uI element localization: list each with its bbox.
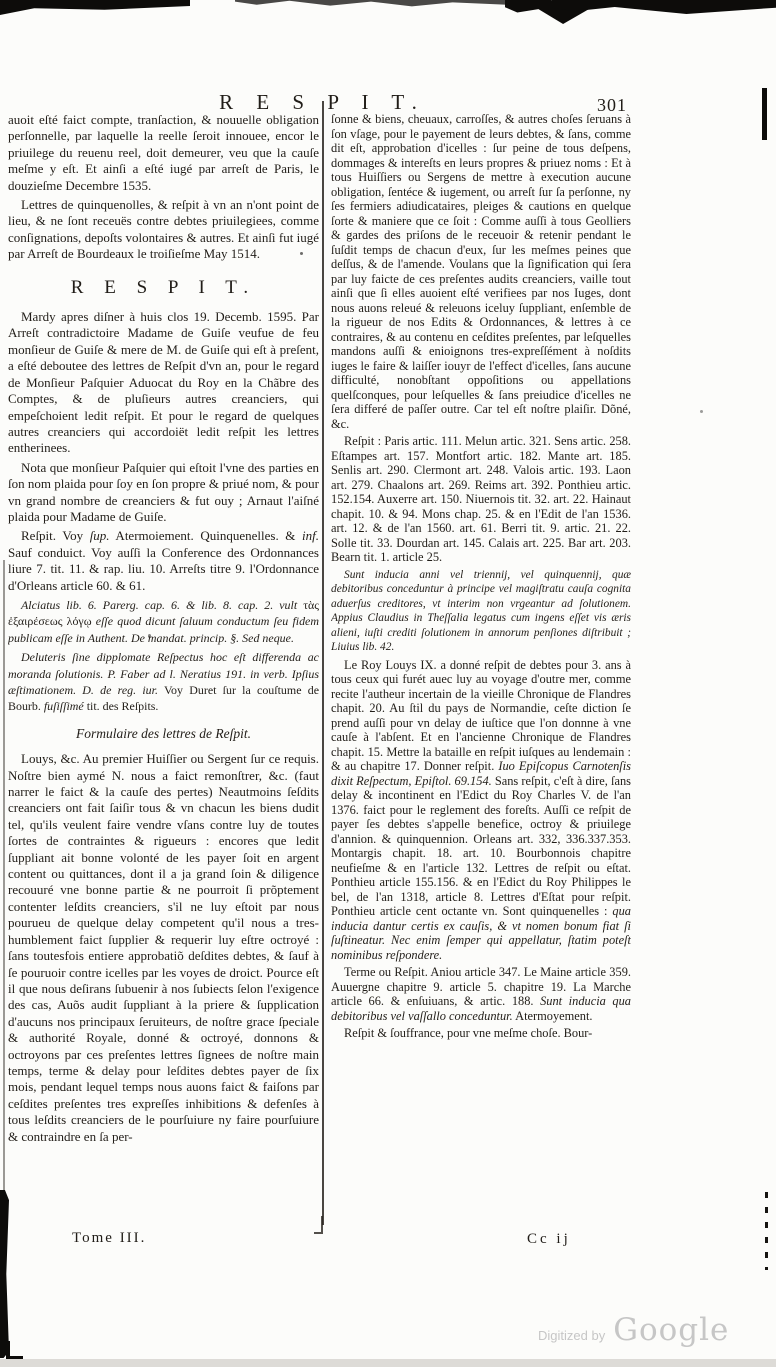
text-segment: Nota que monſieur Paſquier qui eſtoit l'…: [8, 460, 319, 524]
section-heading: R E S P I T.: [8, 280, 319, 296]
volume-signature: Tome III.: [72, 1230, 146, 1247]
text-segment: Reſpit & ſouffrance, pour vne meſme choſ…: [344, 1026, 592, 1040]
paragraph: Deluteris ſine dipplomate Reſpectus hoc …: [8, 649, 319, 715]
text-segment: inf.: [302, 528, 319, 543]
text-segment: Atermoyement.: [513, 1009, 593, 1023]
paragraph: Lettres de quinquenolles, & reſpit à vn …: [8, 197, 319, 263]
scan-artifact-left-line: [3, 560, 5, 1195]
scan-artifact-top-middle: [235, 0, 507, 8]
text-segment: Sauf conduict. Voy auſſi la Conference d…: [8, 545, 319, 593]
paragraph: Le Roy Louys IX. a donné reſpit de debte…: [331, 658, 631, 963]
text-segment: R E S P I T.: [71, 277, 256, 298]
paragraph: Reſpit : Paris artic. 111. Melun artic. …: [331, 434, 631, 565]
column-rule: [322, 101, 324, 1225]
text-segment: Le Roy Louys IX. a donné reſpit de debte…: [331, 658, 631, 774]
text-segment: Reſpit : Paris artic. 111. Melun artic. …: [331, 434, 631, 564]
scan-artifact-right-dashes: [765, 1192, 768, 1270]
paragraph: Nota que monſieur Paſquier qui eſtoit l'…: [8, 460, 319, 526]
scan-artifact-top-left: [0, 0, 190, 15]
scanned-book-page: { "colors":{"ink":"#211d18","paper":"#fc…: [0, 0, 776, 1367]
google-logo: Google: [613, 1312, 729, 1348]
watermark-prefix: Digitized by: [538, 1328, 605, 1343]
scan-edge-bottom-band: [0, 1359, 776, 1367]
text-segment: fuſiſſimé: [44, 699, 84, 713]
text-segment: Louys, &c. Au premier Huiſſier ou Sergen…: [8, 751, 319, 1143]
ink-speck: [700, 410, 703, 413]
digitized-watermark: Digitized by Google: [538, 1312, 729, 1348]
text-segment: auoit eſté faict compte, tranſaction, & …: [8, 112, 319, 193]
text-segment: Mardy apres diſner à huis clos 19. Decem…: [8, 309, 319, 455]
scan-artifact-right-bar: [762, 88, 767, 140]
text-segment: ſonne & biens, cheuaux, carroſſes, & aut…: [331, 112, 631, 431]
left-column: auoit eſté faict compte, tranſaction, & …: [8, 112, 319, 1250]
paragraph: Mardy apres diſner à huis clos 19. Decem…: [8, 309, 319, 457]
text-segment: Lettres de quinquenolles, & reſpit à vn …: [8, 197, 319, 261]
scan-artifact-left-hook: [6, 1341, 23, 1360]
paragraph: Reſpit & ſouffrance, pour vne meſme choſ…: [331, 1026, 631, 1041]
paragraph: Terme ou Reſpit. Aniou article 347. Le M…: [331, 965, 631, 1023]
scan-artifact-top-right: [552, 0, 776, 14]
text-segment: Sunt inducia anni vel triennij, vel quin…: [331, 569, 631, 654]
paragraph: Reſpit. Voy ſup. Atermoiement. Quinquene…: [8, 528, 319, 594]
gathering-signature: Cc ij: [527, 1231, 571, 1248]
paragraph: ſonne & biens, cheuaux, carroſſes, & aut…: [331, 112, 631, 431]
text-segment: tit. des Reſpits.: [84, 699, 159, 713]
text-segment: Atermoiement. Quinquenelles. &: [110, 528, 302, 543]
paragraph: Alciatus lib. 6. Parerg. cap. 6. & lib. …: [8, 597, 319, 646]
paragraph: auoit eſté faict compte, tranſaction, & …: [8, 112, 319, 194]
paragraph: Louys, &c. Au premier Huiſſier ou Sergen…: [8, 751, 319, 1145]
text-segment: Reſpit. Voy: [21, 528, 90, 543]
paragraph: Sunt inducia anni vel triennij, vel quin…: [331, 568, 631, 655]
formulaire-heading: Formulaire des lettres de Reſpit.: [8, 726, 319, 742]
text-segment: ſup.: [90, 528, 110, 543]
text-segment: Sans reſpit, c'eſt à dire, ſans delay & …: [331, 774, 631, 919]
text-segment: Alciatus lib. 6. Parerg. cap. 6. & lib. …: [21, 598, 303, 612]
text-segment: Formulaire des lettres de Reſpit.: [76, 726, 251, 741]
right-column: ſonne & biens, cheuaux, carroſſes, & aut…: [331, 112, 631, 1252]
